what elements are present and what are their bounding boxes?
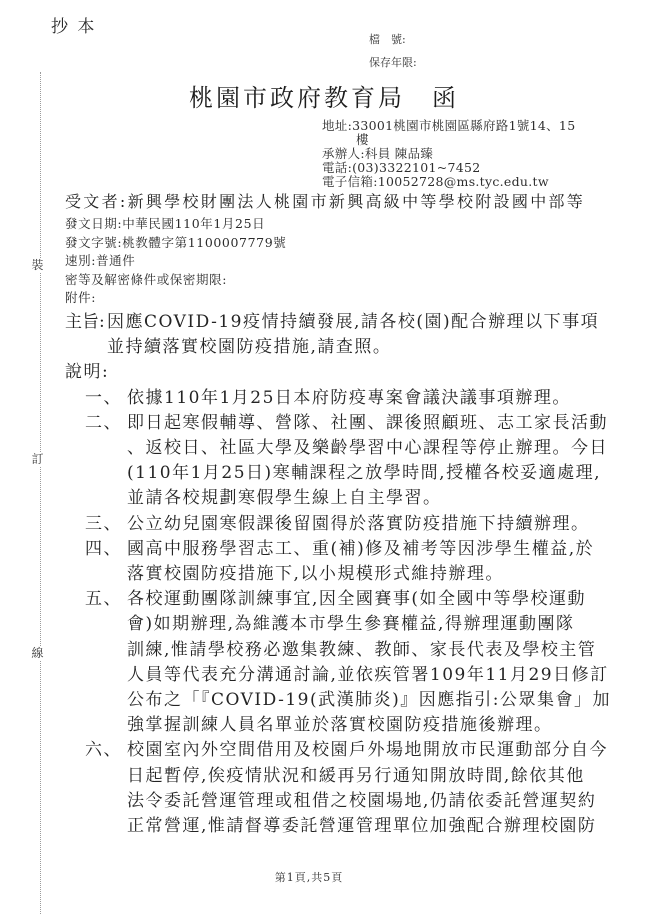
file-number-label: 檔 號: — [369, 28, 417, 51]
text-line: 落實校園防疫措施下,以小規模形式維持辦理。 — [127, 562, 625, 587]
description-item: 二、即日起寒假輔導、營隊、社團、課後照顧班、志工家長活動、返校日、社區大學及樂齡… — [65, 411, 625, 512]
binding-mark-xian: 線 — [29, 646, 46, 660]
text-line: 訓練,惟請學校務必邀集教練、教師、家長代表及學校主管 — [127, 638, 625, 663]
subject-label: 主旨: — [65, 310, 105, 335]
attachment-line: 附件: — [65, 289, 286, 308]
text-line: 公立幼兒園寒假課後留園得於落實防疫措施下持續辦理。 — [127, 512, 625, 537]
issue-date-line: 發文日期:中華民國110年1月25日 — [65, 215, 286, 234]
security-class-line: 密等及解密條件或保密期限: — [65, 271, 286, 290]
description-item: 一、依據110年1月25日本府防疫專案會議決議事項辦理。 — [65, 386, 625, 411]
binding-dotted-line — [40, 72, 41, 914]
retention-period-label: 保存年限: — [369, 51, 417, 74]
text-line: 並請各校規劃寒假學生線上自主學習。 — [127, 486, 625, 511]
item-label: 二、 — [85, 411, 122, 436]
document-meta-block: 發文日期:中華民國110年1月25日 發文字號:桃教體字第1100007779號… — [65, 215, 286, 308]
file-number-block: 檔 號: 保存年限: — [369, 28, 417, 74]
speed-class-line: 速別:普通件 — [65, 252, 286, 271]
text-line: 法令委託營運管理或租借之校園場地,仍請依委託營運契約 — [127, 789, 625, 814]
document-body: 主旨:因應COVID-19疫情持續發展,請各校(園)配合辦理以下事項並持續落實校… — [65, 310, 625, 839]
doc-number-line: 發文字號:桃教體字第1100007779號 — [65, 234, 286, 253]
text-line: 即日起寒假輔導、營隊、社團、課後照顧班、志工家長活動 — [127, 411, 625, 436]
text-line: 因應COVID-19疫情持續發展,請各校(園)配合辦理以下事項 — [107, 310, 625, 335]
text-line: 正常營運,惟請督導委託營運管理單位加強配合辦理校園防 — [127, 814, 625, 839]
text-line: 、返校日、社區大學及樂齡學習中心課程等停止辦理。今日 — [127, 436, 625, 461]
text-line: 並持續落實校園防疫措施,請查照。 — [107, 335, 625, 360]
text-line: 各校運動團隊訓練事宜,因全國賽事(如全國中等學校運動 — [127, 587, 625, 612]
binding-mark-ding: 訂 — [29, 452, 46, 466]
description-item: 四、國高中服務學習志工、重(補)修及補考等因涉學生權益,於落實校園防疫措施下,以… — [65, 537, 625, 587]
description-heading: 說明: — [65, 360, 625, 385]
agency-contact-block: 地址:33001桃園市桃園區縣府路1號14、15樓 承辦人:科員 陳品臻 電話:… — [322, 119, 580, 189]
text-line: 公布之「『COVID-19(武漢肺炎)』因應指引:公眾集會」加 — [127, 688, 625, 713]
item-label: 三、 — [85, 512, 122, 537]
contact-person: 承辦人:科員 陳品臻 — [322, 147, 580, 161]
recipient-line: 受文者:新興學校財團法人桃園市新興高級中等學校附設國中部等 — [65, 189, 585, 212]
contact-phone: 電話:(03)3322101~7452 — [322, 161, 580, 175]
contact-email: 電子信箱:10052728@ms.tyc.edu.tw — [322, 175, 580, 189]
text-line: 校園室內外空間借用及校園戶外場地開放市民運動部分自今 — [127, 738, 625, 763]
agency-address: 地址:33001桃園市桃園區縣府路1號14、15樓 — [322, 119, 580, 147]
subject-paragraph: 主旨:因應COVID-19疫情持續發展,請各校(園)配合辦理以下事項並持續落實校… — [65, 310, 625, 360]
description-item: 五、各校運動團隊訓練事宜,因全國賽事(如全國中等學校運動會)如期辦理,為維護本市… — [65, 587, 625, 738]
description-item: 六、校園室內外空間借用及校園戶外場地開放市民運動部分自今日起暫停,俟疫情狀況和緩… — [65, 738, 625, 839]
binding-mark-zhuang: 裝 — [29, 258, 46, 272]
item-label: 六、 — [85, 738, 122, 763]
copy-stamp-label: 抄 本 — [51, 12, 94, 37]
page-footer: 第1頁,共5頁 — [0, 869, 618, 885]
text-line: 日起暫停,俟疫情狀況和緩再另行通知開放時間,餘依其他 — [127, 764, 625, 789]
item-label: 一、 — [85, 386, 122, 411]
text-line: 依據110年1月25日本府防疫專案會議決議事項辦理。 — [127, 386, 625, 411]
description-item: 三、公立幼兒園寒假課後留園得於落實防疫措施下持續辦理。 — [65, 512, 625, 537]
text-line: 國高中服務學習志工、重(補)修及補考等因涉學生權益,於 — [127, 537, 625, 562]
item-label: 五、 — [85, 587, 122, 612]
item-label: 四、 — [85, 537, 122, 562]
text-line: 會)如期辦理,為維護本市學生參賽權益,得辦理運動團隊 — [127, 612, 625, 637]
text-line: (110年1月25日)寒輔課程之放學時間,授權各校妥適處理, — [127, 461, 625, 486]
text-line: 強掌握訓練人員名單並於落實校園防疫措施後辦理。 — [127, 713, 625, 738]
document-title: 桃園市政府教育局 函 — [0, 78, 648, 113]
document-page: 抄 本 檔 號: 保存年限: 桃園市政府教育局 函 地址:33001桃園市桃園區… — [0, 0, 648, 921]
text-line: 人員等代表充分溝通討論,並依疾管署109年11月29日修訂 — [127, 663, 625, 688]
